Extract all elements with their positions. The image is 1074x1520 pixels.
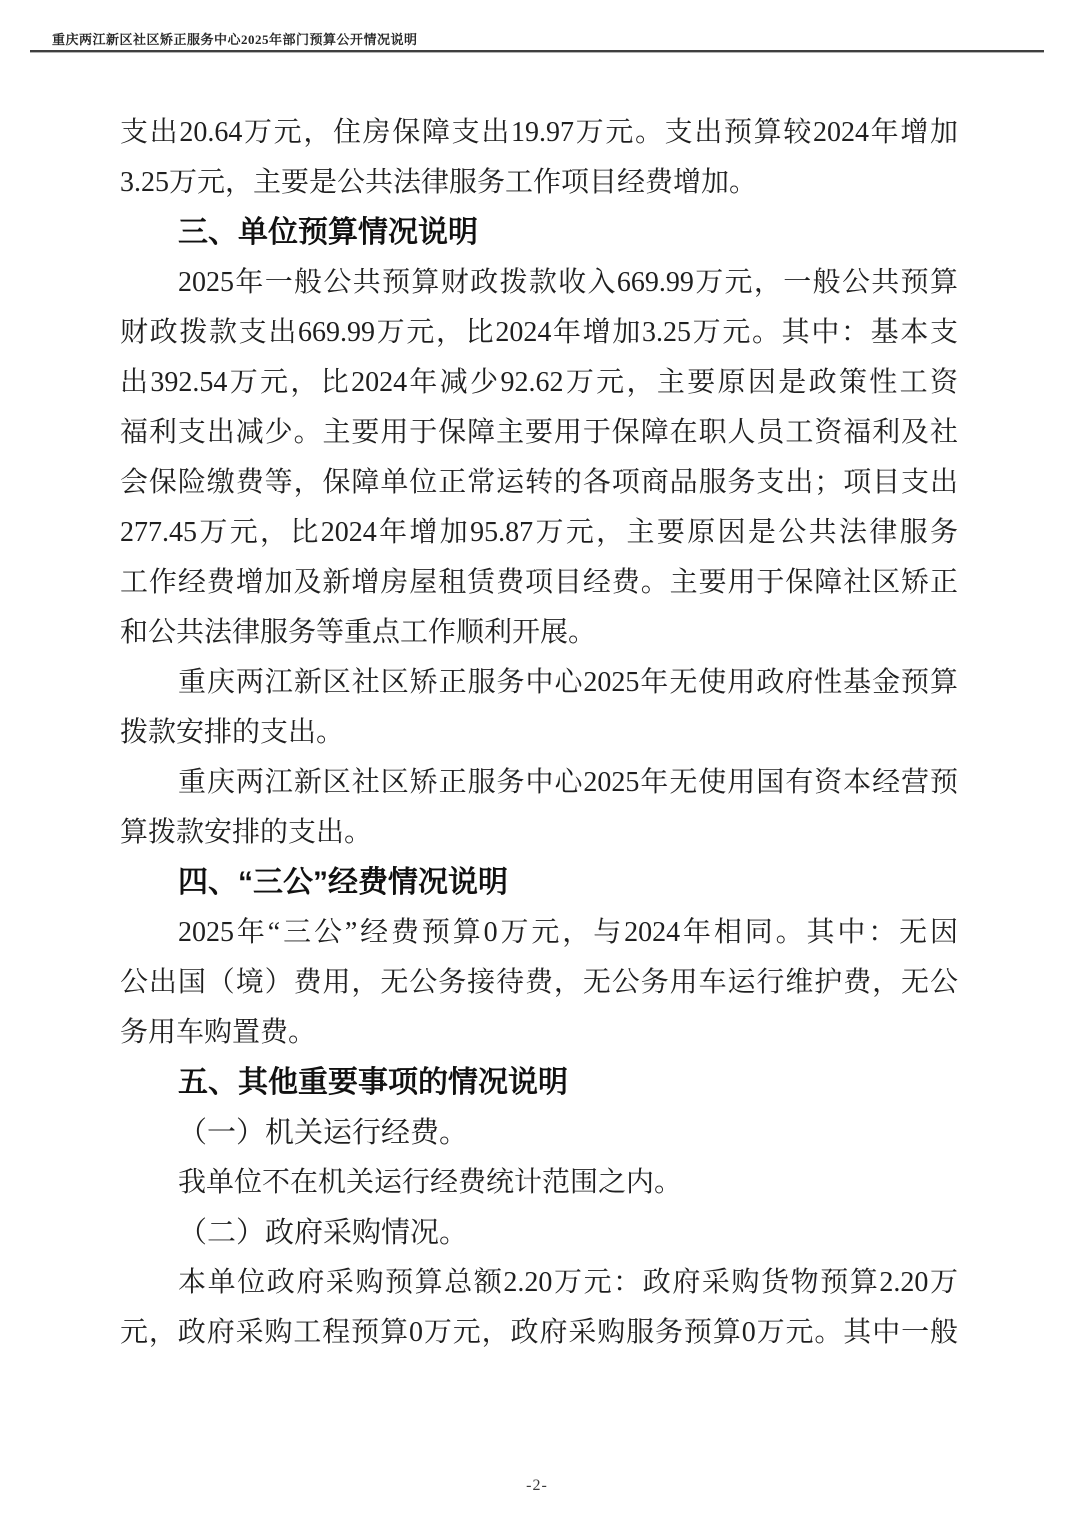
header-divider	[30, 50, 1044, 53]
sub-heading: （二）政府采购情况。	[120, 1208, 958, 1258]
text-line: 2025年一般公共预算财政拨款收入669.99万元，一般公共预算	[120, 258, 958, 308]
sub-heading: （一）机关运行经费。	[120, 1108, 958, 1158]
text-line: 我单位不在机关运行经费统计范围之内。	[120, 1158, 958, 1208]
text-line: 务用车购置费。	[120, 1008, 958, 1058]
document-page: 重庆两江新区社区矫正服务中心2025年部门预算公开情况说明 支出20.64万元，…	[0, 0, 1074, 1520]
document-body: 支出20.64万元，住房保障支出19.97万元。支出预算较2024年增加3.25…	[120, 108, 958, 1358]
text-line: 重庆两江新区社区矫正服务中心2025年无使用政府性基金预算	[120, 658, 958, 708]
text-line: 工作经费增加及新增房屋租赁费项目经费。主要用于保障社区矫正	[120, 558, 958, 608]
text-line: 支出20.64万元，住房保障支出19.97万元。支出预算较2024年增加	[120, 108, 958, 158]
header-title: 重庆两江新区社区矫正服务中心2025年部门预算公开情况说明	[52, 29, 418, 48]
text-line: 公出国（境）费用，无公务接待费，无公务用车运行维护费，无公	[120, 958, 958, 1008]
page-number: -2-	[0, 1477, 1074, 1495]
text-line: 277.45万元，比2024年增加95.87万元，主要原因是公共法律服务	[120, 508, 958, 558]
text-line: 和公共法律服务等重点工作顺利开展。	[120, 608, 958, 658]
section-heading: 四、“三公”经费情况说明	[120, 858, 958, 908]
text-line: 重庆两江新区社区矫正服务中心2025年无使用国有资本经营预	[120, 758, 958, 808]
text-line: 福利支出减少。主要用于保障主要用于保障在职人员工资福利及社	[120, 408, 958, 458]
text-line: 本单位政府采购预算总额2.20万元：政府采购货物预算2.20万	[120, 1258, 958, 1308]
section-heading: 三、单位预算情况说明	[120, 208, 958, 258]
text-line: 会保险缴费等，保障单位正常运转的各项商品服务支出；项目支出	[120, 458, 958, 508]
text-line: 元，政府采购工程预算0万元，政府采购服务预算0万元。其中一般	[120, 1308, 958, 1358]
text-line: 2025年“三公”经费预算0万元，与2024年相同。其中：无因	[120, 908, 958, 958]
text-line: 拨款安排的支出。	[120, 708, 958, 758]
text-line: 财政拨款支出669.99万元，比2024年增加3.25万元。其中：基本支	[120, 308, 958, 358]
text-line: 算拨款安排的支出。	[120, 808, 958, 858]
text-line: 3.25万元，主要是公共法律服务工作项目经费增加。	[120, 158, 958, 208]
text-line: 出392.54万元，比2024年减少92.62万元，主要原因是政策性工资	[120, 358, 958, 408]
section-heading: 五、其他重要事项的情况说明	[120, 1058, 958, 1108]
